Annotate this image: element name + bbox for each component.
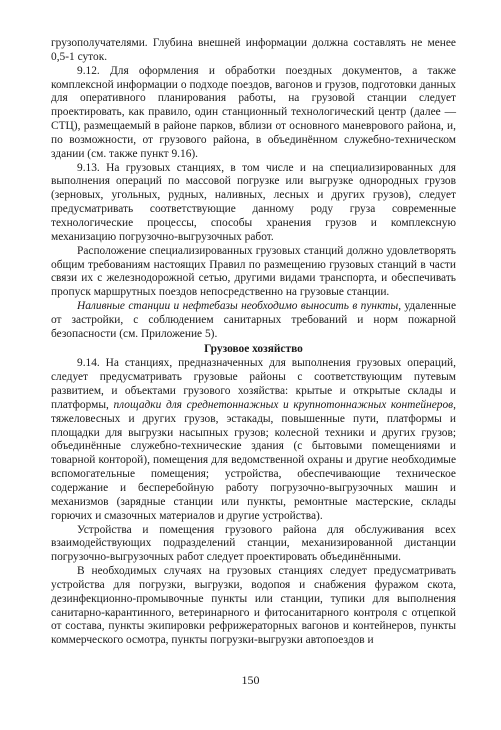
document-page: грузополучателями. Глубина внешней инфор… (51, 37, 456, 648)
paragraph-continuation: грузополучателями. Глубина внешней инфор… (51, 37, 456, 65)
paragraph-text: , тяжеловесных и других грузов, эстакады… (51, 399, 456, 522)
page-number: 150 (0, 673, 501, 688)
paragraph-9-14: 9.14. На станциях, предназначенных для в… (51, 357, 456, 523)
paragraph-specialized-stations: Расположение специализированных грузовых… (51, 245, 456, 300)
paragraph-9-13: 9.13. На грузовых станциях, в том числе … (51, 162, 456, 245)
section-heading: Грузовое хозяйство (51, 343, 456, 357)
paragraph-9-12: 9.12. Для оформления и обработки поездны… (51, 65, 456, 162)
paragraph-tank-stations: Наливные станции и нефтебазы необходимо … (51, 300, 456, 342)
paragraph-necessary-cases: В необходимых случаях на грузовых станци… (51, 565, 456, 648)
italic-lead: Наливные станции и нефтебазы необходимо … (77, 300, 398, 312)
paragraph-cargo-district-devices: Устройства и помещения грузового района … (51, 524, 456, 566)
italic-phrase: площадки для среднетоннажных и крупнотон… (113, 399, 453, 411)
